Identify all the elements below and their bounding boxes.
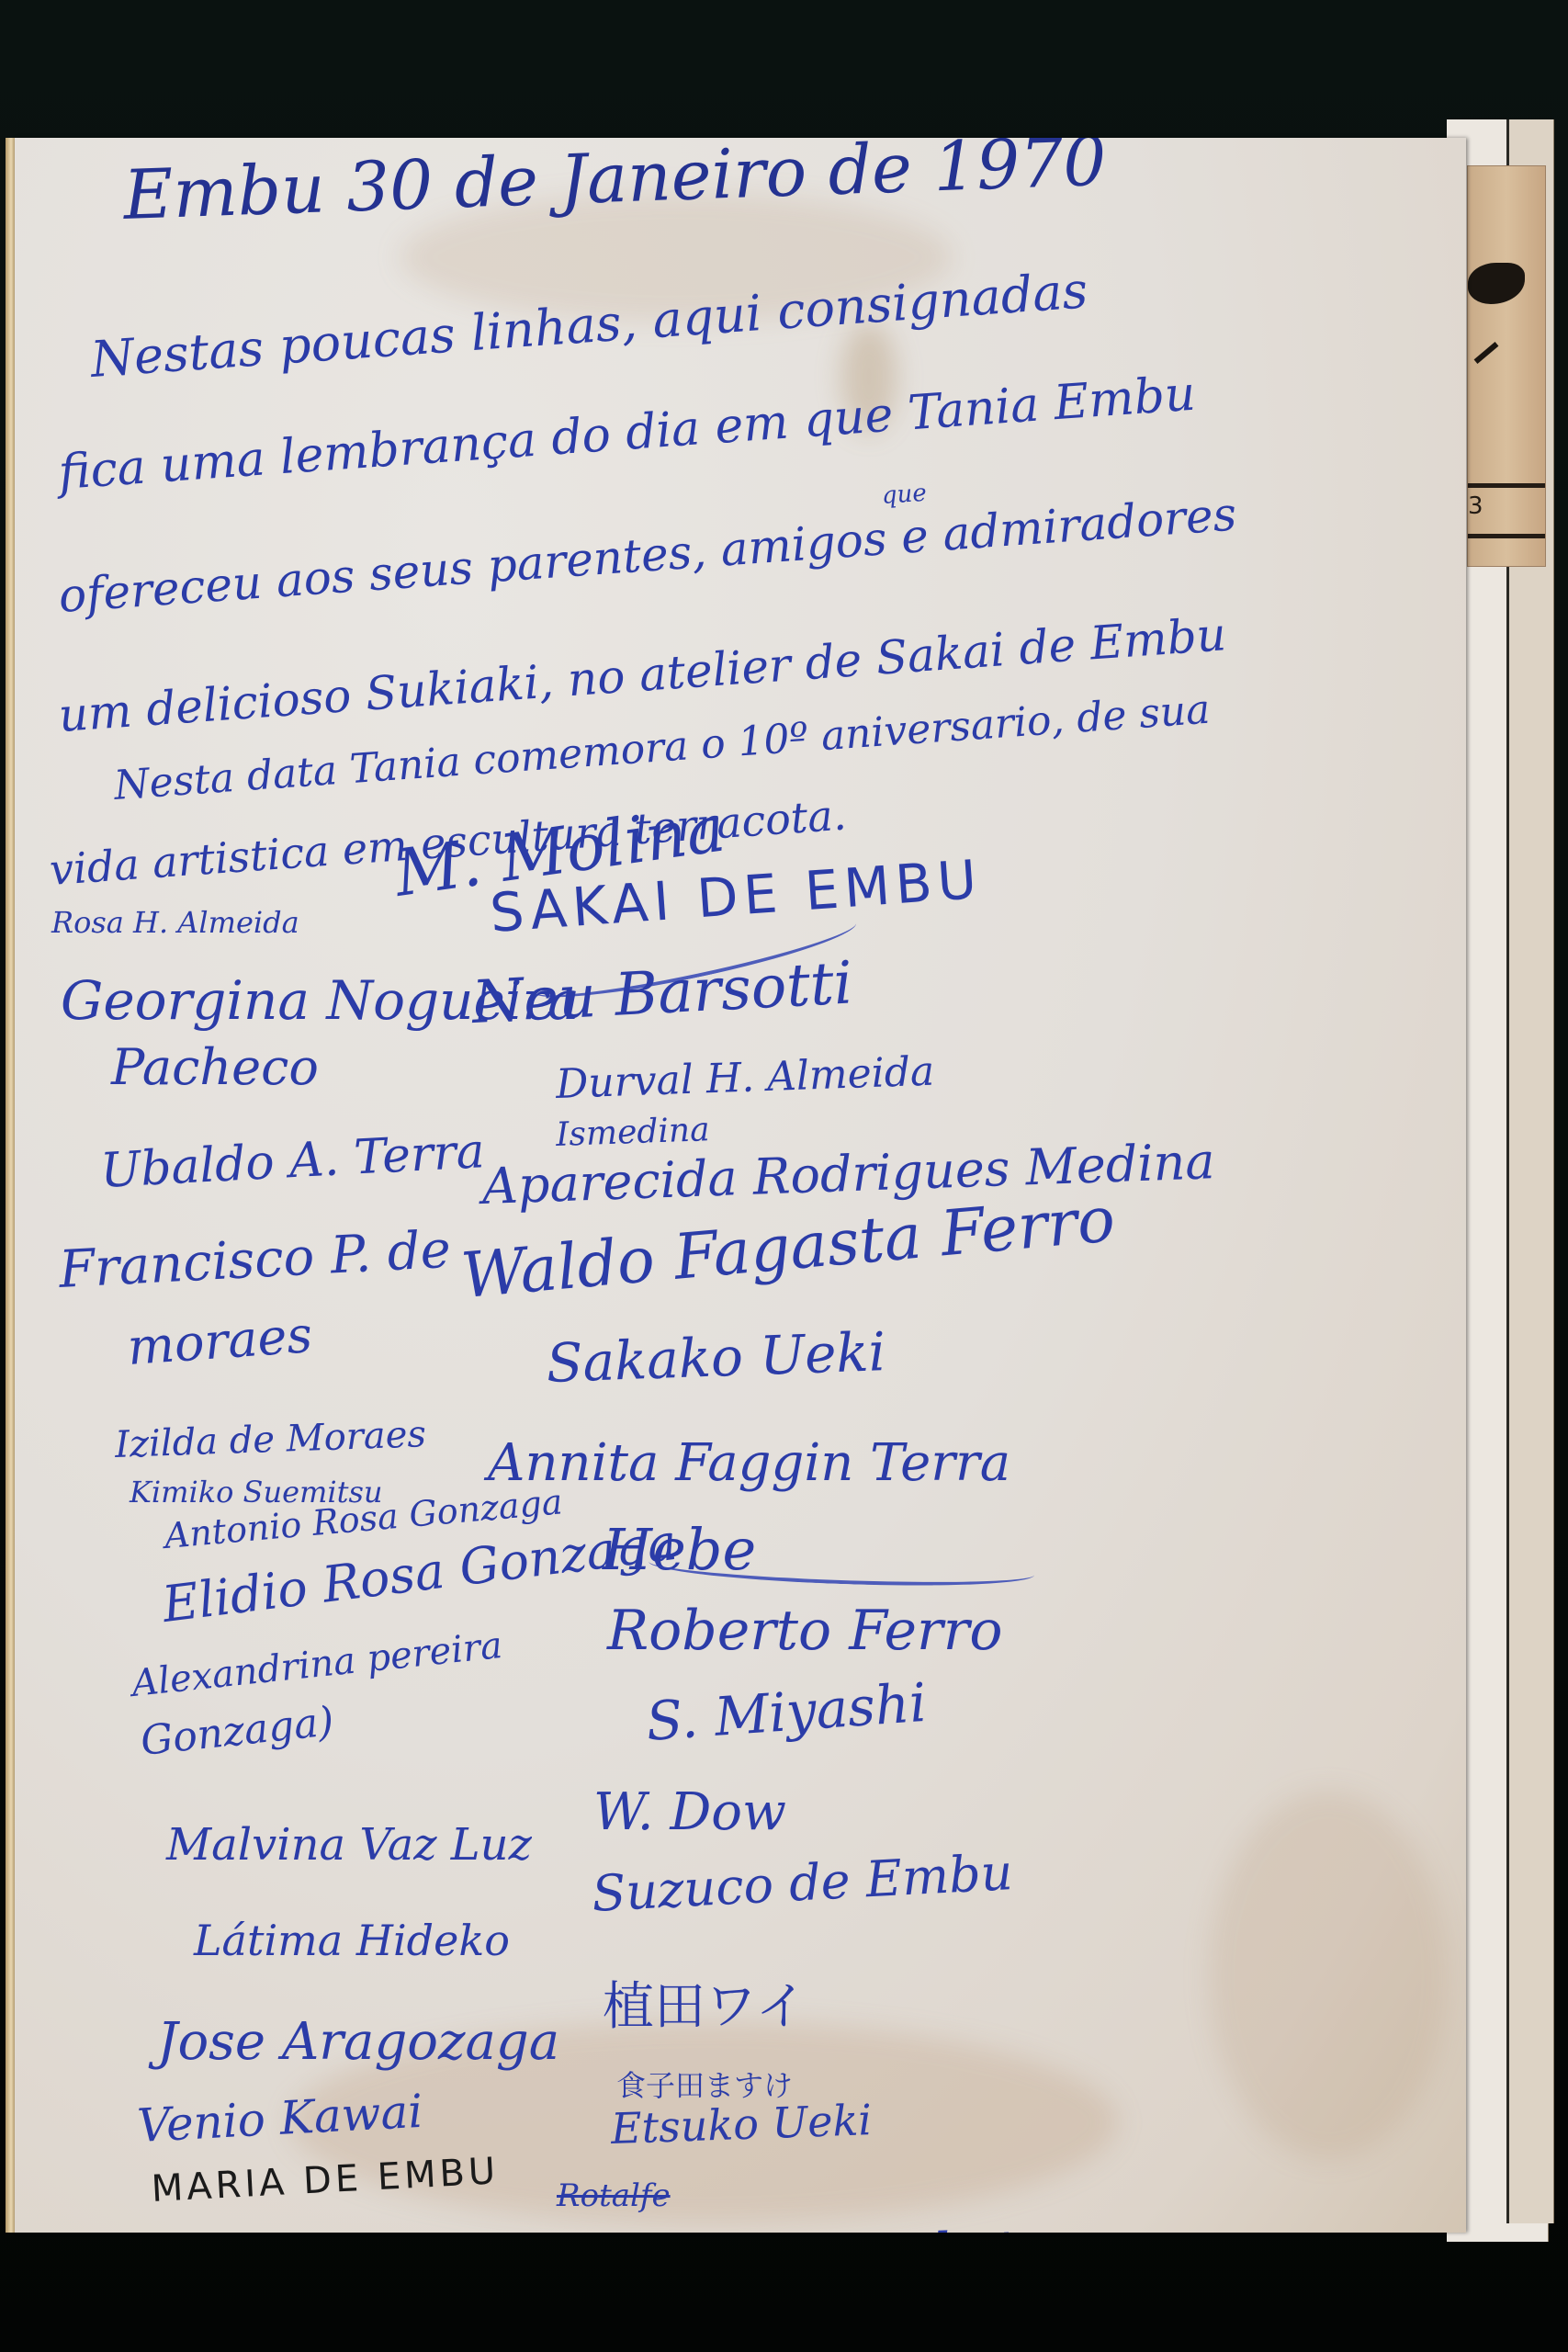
paper-stain: [1209, 1792, 1448, 2159]
clipping-rule: [1468, 534, 1545, 538]
signature: Etsuko Ueki: [610, 2095, 873, 2154]
signature: Ubaldo A. Terra: [99, 1124, 486, 1199]
signature: Durval H. Almeida: [555, 1048, 935, 1108]
signature: Pacheco: [111, 1038, 319, 1096]
clipping-rule: [1468, 483, 1545, 488]
signature-flourish: [649, 1546, 1035, 1591]
signature: Alexandrina pereira: [130, 1624, 504, 1705]
body-line-2: fica uma lembrança do dia em que Tania E…: [57, 367, 1197, 501]
signature: Sakako Ueki: [546, 1320, 887, 1395]
signature: Annita Faggin Terra: [488, 1433, 1010, 1493]
signature: moraes: [126, 1306, 314, 1376]
signature: Suzuco de Embu: [591, 1843, 1014, 1923]
signature-japanese: 植田ワイ: [603, 1966, 807, 2040]
signature: W. Dow: [593, 1782, 786, 1842]
signature: Izilda de Moraes: [114, 1413, 426, 1466]
signature: Látima Hideko: [194, 1916, 510, 1965]
guestbook-page: Embu 30 de Janeiro de 1970 Nestas poucas…: [15, 138, 1466, 2233]
signature: Jose Aragozaga: [157, 2012, 559, 2072]
newspaper-clipping: 3: [1467, 165, 1546, 567]
signature-crossed: Rotalfe: [557, 2177, 671, 2214]
signature: S. Miyashi: [644, 1671, 928, 1753]
signature: Roberto Ferro: [607, 1599, 1003, 1663]
signature: Francisco P. de: [58, 1220, 453, 1300]
inserted-word: que: [881, 480, 928, 510]
clipping-ink-mark: [1468, 263, 1525, 304]
signature: Ismedina: [556, 1111, 711, 1154]
body-line-3: ofereceu aos seus parentes, amigos e adm…: [57, 488, 1238, 623]
signature: Georgina Nogueira: [61, 969, 580, 1032]
signature: Gonzaga): [139, 1698, 336, 1765]
signature: Rosa H. Almeida: [51, 905, 299, 940]
clipping-digit: 3: [1468, 492, 1483, 520]
clipping-slash-mark: [1474, 342, 1499, 364]
signature: Malvina Vaz Luz: [166, 1819, 532, 1871]
